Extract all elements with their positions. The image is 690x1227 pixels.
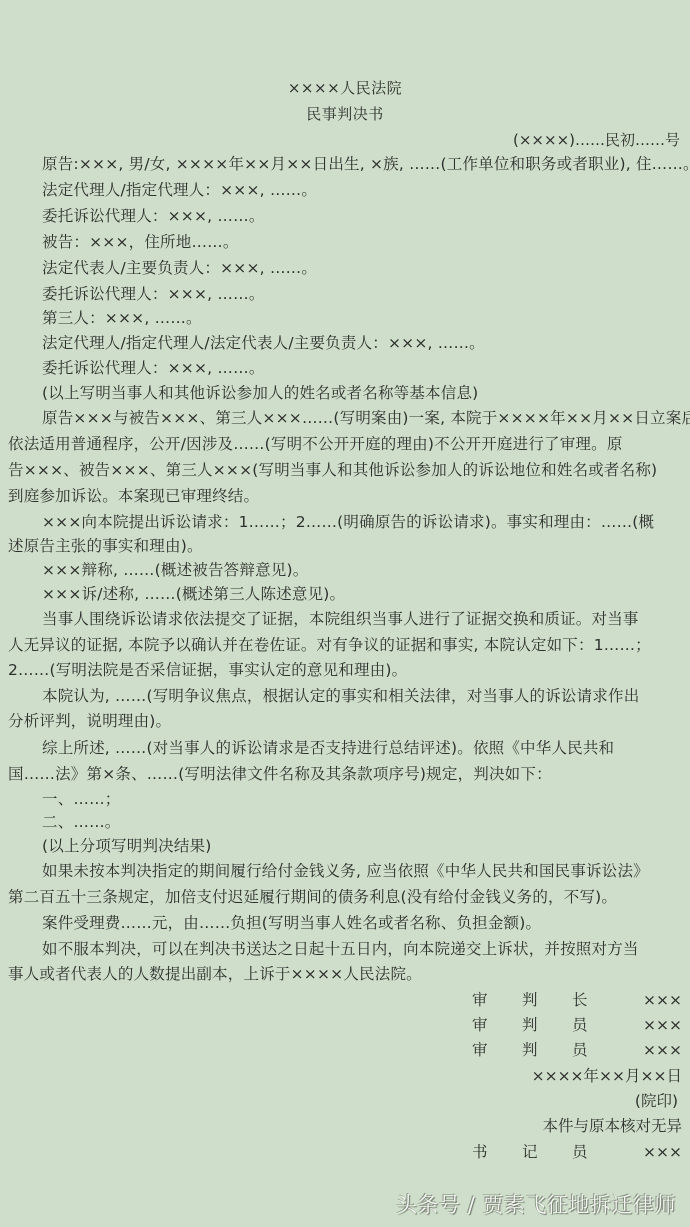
party-plaintiff-legal-agent: 法定代理人/指定代理人：×××, ……。 — [42, 180, 317, 200]
body-line: 到庭参加诉讼。本案现已审理终结。 — [8, 486, 259, 506]
body-line: 原告×××与被告×××、第三人×××……(写明案由)一案, 本院于××××年××… — [42, 408, 690, 428]
body-line: 告×××、被告×××、第三人×××(写明当事人和其他诉讼参加人的诉讼地位和姓名或… — [8, 460, 657, 480]
sig-char: 判 — [522, 990, 568, 1010]
sig-name: ××× — [622, 1142, 682, 1162]
sig-name: ××× — [622, 1040, 682, 1060]
body-line: 述原告主张的事实和理由)。 — [8, 536, 203, 556]
sig-char: 员 — [572, 1142, 618, 1162]
sig-char: 审 — [472, 1015, 518, 1035]
judgment-item-1: 一、……； — [42, 789, 121, 809]
judgment-note: (以上分项写明判决结果) — [42, 836, 212, 856]
body-line: 2……(写明法院是否采信证据，事实认定的意见和理由)。 — [8, 660, 407, 680]
party-plaintiff: 原告:×××, 男/女, ××××年××月××日出生, ×族, ……(工作单位和… — [42, 154, 690, 174]
party-third-party-representative: 法定代理人/指定代理人/法定代表人/主要负责人：×××, ……。 — [42, 333, 485, 353]
party-defendant-attorney: 委托诉讼代理人：×××, ……。 — [42, 284, 265, 304]
body-line: 本院认为, ……(写明争议焦点，根据认定的事实和相关法律，对当事人的诉讼请求作出 — [42, 686, 639, 706]
body-line: 人无异议的证据, 本院予以确认并在卷佐证。对有争议的证据和事实, 本院认定如下：… — [8, 635, 651, 655]
parties-note: (以上写明当事人和其他诉讼参加人的姓名或者名称等基本信息) — [42, 383, 478, 403]
body-line: 国……法》第×条、……(写明法律文件名称及其条款项序号)规定，判决如下： — [8, 764, 552, 784]
case-number: (××××)……民初……号 — [513, 130, 680, 150]
watermark: 头条号 / 贾素飞征地拆迁律师 — [396, 1192, 676, 1218]
sig-char: 员 — [572, 1015, 618, 1035]
sig-char: 判 — [522, 1015, 568, 1035]
body-line: 依法适用普通程序，公开/因涉及……(写明不公开开庭的理由)不公开开庭进行了审理。… — [8, 434, 623, 454]
signature-judge-2: 审 判 员 ××× — [472, 1040, 682, 1060]
body-line: 第二百五十三条规定，加倍支付迟延履行期间的债务利息(没有给付金钱义务的，不写)。 — [8, 887, 617, 907]
body-line: ×××向本院提出诉讼请求：1……；2……(明确原告的诉讼请求)。事实和理由：……… — [42, 512, 654, 532]
sig-char: 审 — [472, 990, 518, 1010]
party-plaintiff-attorney: 委托诉讼代理人：×××, ……。 — [42, 206, 265, 226]
body-line: 分析评判，说明理由)。 — [8, 711, 171, 731]
body-line: 事人或者代表人的人数提出副本，上诉于××××人民法院。 — [8, 964, 422, 984]
court-name: ××××人民法院 — [0, 78, 690, 98]
body-line: 案件受理费……元，由……负担(写明当事人姓名或者名称、负担金额)。 — [42, 913, 541, 933]
sig-char: 审 — [472, 1040, 518, 1060]
judgment-date: ××××年××月××日 — [532, 1066, 682, 1086]
party-third-party: 第三人：×××, ……。 — [42, 308, 202, 328]
body-line: ×××辩称, ……(概述被告答辩意见)。 — [42, 560, 308, 580]
verification-note: 本件与原本核对无异 — [542, 1116, 682, 1136]
party-defendant-representative: 法定代表人/主要负责人：×××, ……。 — [42, 258, 317, 278]
sig-char: 判 — [522, 1040, 568, 1060]
body-line: 如果未按本判决指定的期间履行给付金钱义务, 应当依照《中华人民共和国民事诉讼法》 — [42, 861, 649, 881]
court-seal: (院印) — [635, 1091, 678, 1111]
judgment-document: ××××人民法院 民事判决书 (××××)……民初……号 原告:×××, 男/女… — [0, 0, 690, 1227]
sig-char: 长 — [572, 990, 618, 1010]
sig-char: 记 — [522, 1142, 568, 1162]
sig-name: ××× — [622, 1015, 682, 1035]
signature-clerk: 书 记 员 ××× — [472, 1142, 682, 1162]
body-line: 当事人围绕诉讼请求依法提交了证据，本院组织当事人进行了证据交换和质证。对当事 — [42, 609, 639, 629]
document-type-title: 民事判决书 — [0, 104, 690, 124]
sig-char: 员 — [572, 1040, 618, 1060]
party-defendant: 被告：×××，住所地……。 — [42, 232, 239, 252]
body-line: ×××诉/述称, ……(概述第三人陈述意见)。 — [42, 584, 345, 604]
signature-presiding-judge: 审 判 长 ××× — [472, 990, 682, 1010]
signature-judge-1: 审 判 员 ××× — [472, 1015, 682, 1035]
sig-char: 书 — [472, 1142, 518, 1162]
body-line: 如不服本判决，可以在判决书送达之日起十五日内，向本院递交上诉状，并按照对方当 — [42, 939, 639, 959]
party-third-party-attorney: 委托诉讼代理人：×××, ……。 — [42, 358, 265, 378]
sig-name: ××× — [622, 990, 682, 1010]
body-line: 综上所述, ……(对当事人的诉讼请求是否支持进行总结评述)。依照《中华人民共和 — [42, 738, 614, 758]
judgment-item-2: 二、……。 — [42, 812, 121, 832]
